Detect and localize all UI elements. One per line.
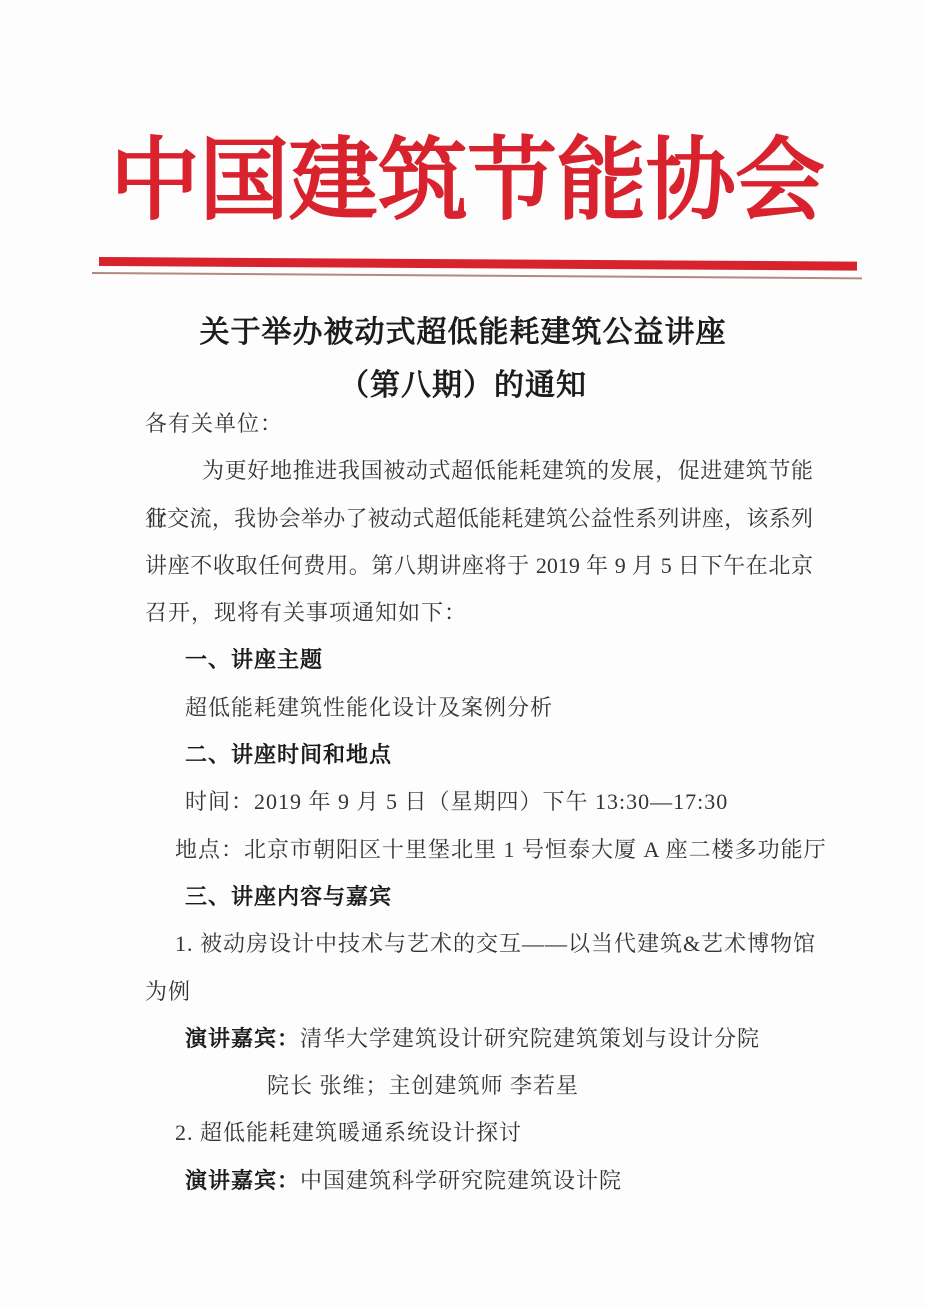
document-title-line-1: 关于举办被动式超低能耗建筑公益讲座: [0, 306, 926, 359]
paragraph-line-1: 为更好地推进我国被动式超低能耗建筑的发展，促进建筑节能行: [145, 447, 813, 494]
section-heading-content: 三、讲座内容与嘉宾: [185, 873, 813, 920]
section-heading-topic: 一、讲座主题: [185, 636, 813, 683]
paragraph-line-2: 业交流，我协会举办了被动式超低能耗建筑公益性系列讲座，该系列: [145, 495, 813, 542]
venue-line: 地点：北京市朝阳区十里堡北里 1 号恒泰大厦 A 座二楼多功能厅: [175, 826, 813, 873]
section-heading-time-venue: 二、讲座时间和地点: [185, 731, 813, 778]
paragraph-line-4: 召开，现将有关事项通知如下：: [145, 589, 813, 636]
guest-label: 演讲嘉宾：: [185, 1168, 300, 1193]
guest-1-continuation: 院长 张维；主创建筑师 李若星: [267, 1062, 813, 1109]
guest-1-text: 清华大学建筑设计研究院建筑策划与设计分院: [300, 1026, 760, 1051]
document-title: 关于举办被动式超低能耗建筑公益讲座 （第八期）的通知: [0, 306, 926, 412]
item-1-line: 1. 被动房设计中技术与艺术的交互——以当代建筑&艺术博物馆: [175, 920, 813, 967]
notice-body: 各有关单位： 为更好地推进我国被动式超低能耗建筑的发展，促进建筑节能行 业交流，…: [145, 400, 813, 1204]
guest-label: 演讲嘉宾：: [185, 1026, 300, 1051]
item-2-line: 2. 超低能耗建筑暖通系统设计探讨: [175, 1109, 813, 1156]
letterhead-rule-thick: [99, 257, 857, 271]
time-line: 时间：2019 年 9 月 5 日（星期四）下午 13:30—17:30: [185, 778, 813, 825]
org-letterhead-title: 中国建筑节能协会: [110, 126, 824, 238]
lecture-topic-text: 超低能耗建筑性能化设计及案例分析: [185, 684, 813, 731]
guest-2-text: 中国建筑科学研究院建筑设计院: [300, 1168, 622, 1193]
salutation: 各有关单位：: [145, 400, 813, 447]
letterhead-rule-thin: [92, 272, 862, 279]
paragraph-line-3: 讲座不收取任何费用。第八期讲座将于 2019 年 9 月 5 日下午在北京: [145, 542, 813, 589]
item-1-continuation: 为例: [145, 968, 813, 1015]
guest-1-line: 演讲嘉宾：清华大学建筑设计研究院建筑策划与设计分院: [185, 1015, 813, 1062]
guest-2-line: 演讲嘉宾：中国建筑科学研究院建筑设计院: [185, 1157, 813, 1204]
scanned-notice-page: 中国建筑节能协会 关于举办被动式超低能耗建筑公益讲座 （第八期）的通知 各有关单…: [0, 0, 926, 1307]
